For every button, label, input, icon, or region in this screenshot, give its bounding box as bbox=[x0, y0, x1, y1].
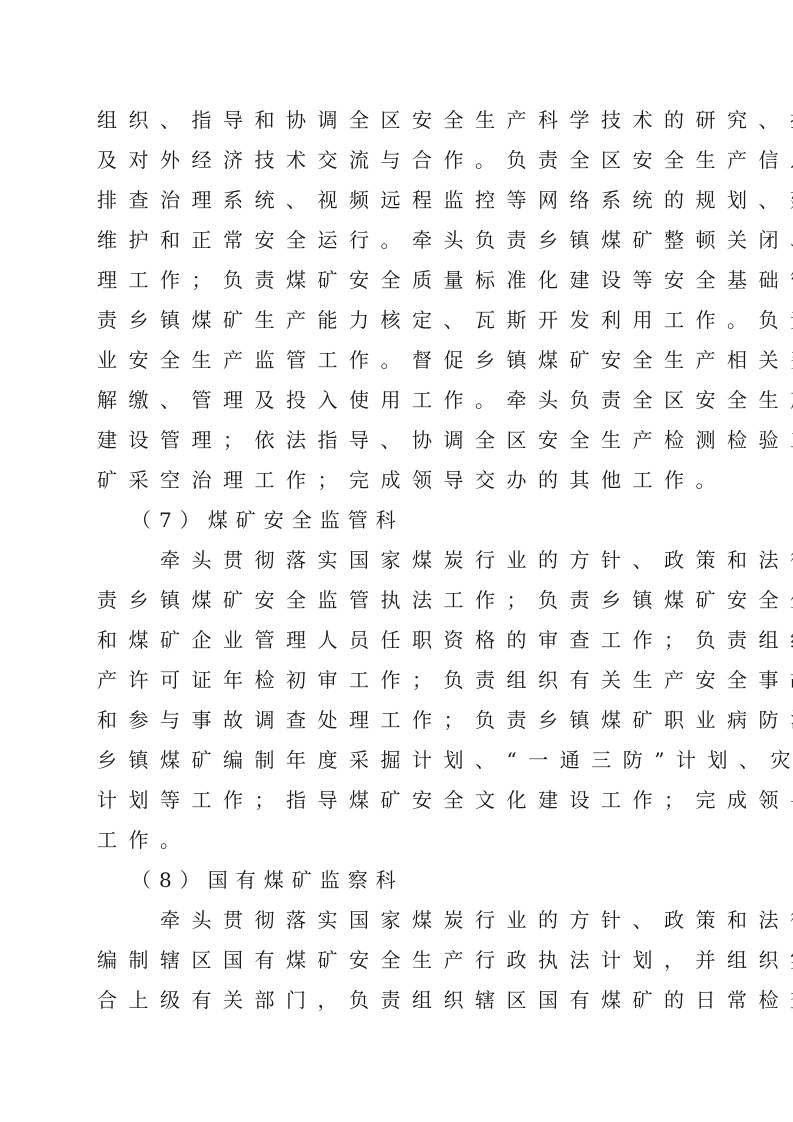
text-line: 和煤矿企业管理人员任职资格的审查工作；负责组织煤矿安全生 bbox=[97, 620, 707, 660]
paragraph-coal-mine-safety-supervision: 牵头贯彻落实国家煤炭行业的方针、政策和法律、法规；负 责乡镇煤矿安全监管执法工作… bbox=[97, 540, 707, 860]
text-line: 计划等工作；指导煤矿安全文化建设工作；完成领导交办的其他 bbox=[97, 780, 707, 820]
text-line: 解缴、管理及投入使用工作。牵头负责全区安全生产技术专家库 bbox=[97, 380, 707, 420]
text-line: 维护和正常安全运行。牵头负责乡镇煤矿整顿关闭、建设项目管 bbox=[97, 220, 707, 260]
text-line: 责乡镇煤矿生产能力核定、瓦斯开发利用工作。负责煤炭经营企 bbox=[97, 300, 707, 340]
paragraph-continuation: 组织、指导和协调全区安全生产科学技术的研究、推广、应用以 及对外经济技术交流与合… bbox=[97, 100, 707, 500]
text-line: 矿采空治理工作；完成领导交办的其他工作。 bbox=[97, 460, 707, 500]
document-page: 组织、指导和协调全区安全生产科学技术的研究、推广、应用以 及对外经济技术交流与合… bbox=[97, 100, 707, 1020]
section-heading-coal-mine-safety-supervision: （7）煤矿安全监管科 bbox=[97, 500, 707, 540]
section-heading-state-coal-mine-inspection: （8）国有煤矿监察科 bbox=[97, 860, 707, 900]
text-line: 责乡镇煤矿安全监管执法工作；负责乡镇煤矿安全生产技术管理 bbox=[97, 580, 707, 620]
paragraph-state-coal-mine-inspection: 牵头贯彻落实国家煤炭行业的方针、政策和法律法规。组织 编制辖区国有煤矿安全生产行… bbox=[97, 900, 707, 1020]
text-line: 组织、指导和协调全区安全生产科学技术的研究、推广、应用以 bbox=[97, 100, 707, 140]
text-line: 工作。 bbox=[97, 820, 707, 860]
text-line: 业安全生产监管工作。督促乡镇煤矿安全生产相关费用的提取、 bbox=[97, 340, 707, 380]
text-line: 建设管理；依法指导、协调全区安全生产检测检验工作；参与煤 bbox=[97, 420, 707, 460]
text-line: 编制辖区国有煤矿安全生产行政执法计划，并组织实施。协助配 bbox=[97, 940, 707, 980]
text-line: 合上级有关部门，负责组织辖区国有煤矿的日常检查，建立安全 bbox=[97, 980, 707, 1020]
text-line: 理工作；负责煤矿安全质量标准化建设等安全基础管理工作；负 bbox=[97, 260, 707, 300]
text-line: 产许可证年检初审工作；负责组织有关生产安全事故的抢险救援 bbox=[97, 660, 707, 700]
text-line: 和参与事故调查处理工作；负责乡镇煤矿职业病防治工作。指导 bbox=[97, 700, 707, 740]
text-line: 及对外经济技术交流与合作。负责全区安全生产信息网络、隐患 bbox=[97, 140, 707, 180]
text-line: 乡镇煤矿编制年度采掘计划、“一通三防”计划、灾害预防处理 bbox=[97, 740, 707, 780]
text-line: 排查治理系统、视频远程监控等网络系统的规划、建设、管理、 bbox=[97, 180, 707, 220]
text-line: 牵头贯彻落实国家煤炭行业的方针、政策和法律、法规；负 bbox=[97, 540, 707, 580]
text-line: 牵头贯彻落实国家煤炭行业的方针、政策和法律法规。组织 bbox=[97, 900, 707, 940]
